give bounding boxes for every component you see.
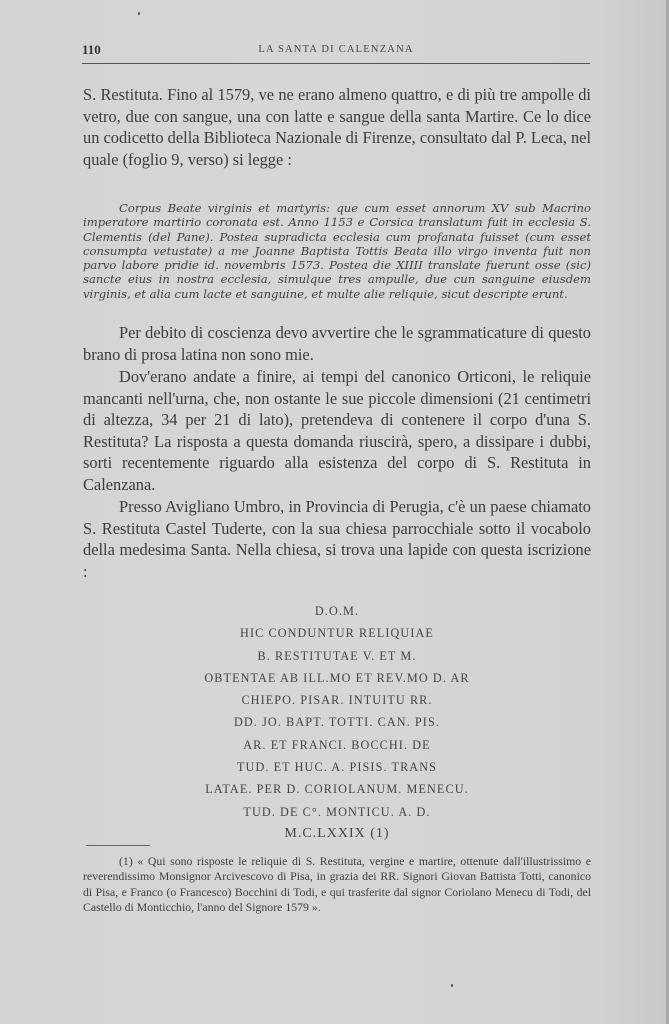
inscription: D.O.M. HIC CONDUNTUR RELIQUIAE B. RESTIT… — [83, 600, 591, 845]
inscription-line-date: M.C.LXXIX (1) — [83, 823, 591, 845]
paragraph-2: Per debito di coscienza devo avvertire c… — [83, 322, 591, 365]
footnote-rule — [86, 845, 150, 846]
paragraph-3-text: Dov'erano andate a finire, ai tempi del … — [83, 366, 591, 496]
inscription-line: HIC CONDUNTUR RELIQUIAE — [83, 622, 591, 644]
inscription-line: DD. JO. BAPT. TOTTI. CAN. PIS. — [83, 711, 591, 733]
running-head: LA SANTA DI CALENZANA — [82, 44, 590, 55]
latin-quote-text: Corpus Beate virginis et martyris: que c… — [83, 201, 591, 301]
inscription-line: CHIEPO. PISAR. INTUITU RR. — [83, 689, 591, 711]
footnote-text: (1) « Qui sono risposte le reliquie di S… — [83, 854, 591, 916]
paragraph-4-text: Presso Avigliano Umbro, in Provincia di … — [83, 496, 591, 582]
paragraph-2-text: Per debito di coscienza devo avvertire c… — [83, 322, 591, 365]
header-rule — [82, 63, 590, 64]
footnote: (1) « Qui sono risposte le reliquie di S… — [83, 854, 591, 916]
inscription-line: LATAE. PER D. CORIOLANUM. MENECU. — [83, 778, 591, 800]
book-page: 110 LA SANTA DI CALENZANA S. Restituta. … — [0, 0, 666, 1024]
inscription-line: AR. ET FRANCI. BOCCHI. DE — [83, 734, 591, 756]
paragraph-1: S. Restituta. Fino al 1579, ve ne erano … — [83, 84, 591, 170]
latin-quote: Corpus Beate virginis et martyris: que c… — [83, 201, 591, 301]
page-header: 110 LA SANTA DI CALENZANA — [82, 42, 590, 62]
paragraph-3: Dov'erano andate a finire, ai tempi del … — [83, 366, 591, 496]
paragraph-1-text: S. Restituta. Fino al 1579, ve ne erano … — [83, 84, 591, 170]
paragraph-4: Presso Avigliano Umbro, in Provincia di … — [83, 496, 591, 582]
paper-speck — [451, 984, 453, 987]
inscription-line: OBTENTAE AB ILL.MO ET REV.MO D. AR — [83, 667, 591, 689]
inscription-line: TUD. ET HUC. A. PISIS. TRANS — [83, 756, 591, 778]
inscription-line: B. RESTITUTAE V. ET M. — [83, 645, 591, 667]
inscription-line: TUD. DE C°. MONTICU. A. D. — [83, 801, 591, 823]
inscription-line: D.O.M. — [83, 600, 591, 622]
paper-speck — [138, 12, 140, 15]
